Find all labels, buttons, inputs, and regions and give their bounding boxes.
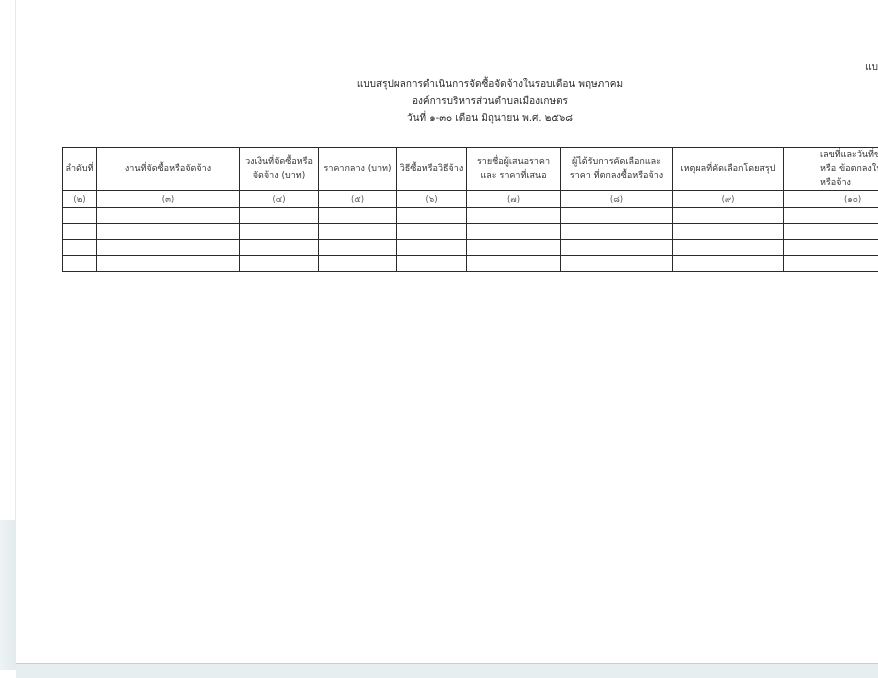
table-cell <box>240 224 319 240</box>
col-number: (๙) <box>673 191 784 208</box>
table-cell <box>561 224 673 240</box>
table-cell <box>63 256 97 272</box>
table-cell <box>63 224 97 240</box>
table-cell <box>673 256 784 272</box>
table-cell <box>240 240 319 256</box>
table-cell <box>397 224 467 240</box>
table-row <box>63 208 878 224</box>
col-number: (๖) <box>397 191 467 208</box>
table-cell <box>467 224 561 240</box>
col-number: (๕) <box>319 191 397 208</box>
document-title: แบบสรุปผลการดำเนินการจัดซื้อจัดจ้างในรอบ… <box>300 76 680 93</box>
table-cell <box>397 256 467 272</box>
col-header-budget: วงเงินที่จัดซื้อหรือ จัดจ้าง (บาท) <box>240 148 319 191</box>
col-number: (๔) <box>240 191 319 208</box>
table-cell <box>97 240 240 256</box>
table-row <box>63 224 878 240</box>
table-cell <box>561 240 673 256</box>
col-number: (๑๐) <box>784 191 878 208</box>
table-cell <box>673 240 784 256</box>
col-header-work-item: งานที่จัดซื้อหรือจัดจ้าง <box>97 148 240 191</box>
table-cell <box>561 208 673 224</box>
table-cell <box>467 208 561 224</box>
table-cell <box>397 240 467 256</box>
table-cell <box>240 256 319 272</box>
table-cell <box>467 256 561 272</box>
table-cell <box>784 256 878 272</box>
col-header-selected-vendor: ผู้ได้รับการคัดเลือกและราคา ที่ตกลงซื้อห… <box>561 148 673 191</box>
col-number: (๓) <box>97 191 240 208</box>
document-title-block: แบบสรุปผลการดำเนินการจัดซื้อจัดจ้างในรอบ… <box>300 76 680 127</box>
table-cell <box>63 208 97 224</box>
column-number-row: (๒) (๓) (๔) (๕) (๖) (๗) (๘) (๙) (๑๐) <box>63 191 878 208</box>
col-header-contract-ref: เลขที่และวันที่ของสัญญาหรือ ข้อตกลงในการ… <box>784 148 878 191</box>
col-header-median-price: ราคากลาง (บาท) <box>319 148 397 191</box>
organization-name: องค์การบริหารส่วนตำบลเมืองเกษตร <box>300 93 680 110</box>
procurement-summary-table: ลำดับที่ งานที่จัดซื้อหรือจัดจ้าง วงเงิน… <box>62 147 878 272</box>
table-row <box>63 256 878 272</box>
col-header-sequence: ลำดับที่ <box>63 148 97 191</box>
table-cell <box>784 240 878 256</box>
table-cell <box>319 224 397 240</box>
col-header-bidders: รายชื่อผู้เสนอราคาและ ราคาที่เสนอ <box>467 148 561 191</box>
table-cell <box>63 240 97 256</box>
table-cell <box>97 224 240 240</box>
form-code-label: แบ <box>865 60 878 75</box>
document-date-range: วันที่ ๑-๓๐ เดือน มิถุนายน พ.ศ. ๒๕๖๘ <box>300 110 680 127</box>
header-row: ลำดับที่ งานที่จัดซื้อหรือจัดจ้าง วงเงิน… <box>63 148 878 191</box>
table-cell <box>97 256 240 272</box>
table-cell <box>319 208 397 224</box>
table-cell <box>240 208 319 224</box>
table-cell <box>97 208 240 224</box>
table-cell <box>673 208 784 224</box>
col-number: (๘) <box>561 191 673 208</box>
col-number: (๒) <box>63 191 97 208</box>
table-row <box>63 240 878 256</box>
col-header-selection-reason: เหตุผลที่คัดเลือกโดยสรุป <box>673 148 784 191</box>
table-cell <box>319 240 397 256</box>
table-cell <box>319 256 397 272</box>
table-cell <box>561 256 673 272</box>
scan-edge-bottom <box>16 663 878 678</box>
col-header-method: วิธีซื้อหรือวิธีจ้าง <box>397 148 467 191</box>
table-cell <box>397 208 467 224</box>
table-cell <box>467 240 561 256</box>
table-cell <box>784 208 878 224</box>
table-cell <box>673 224 784 240</box>
scan-shadow-left <box>0 520 16 670</box>
col-number: (๗) <box>467 191 561 208</box>
table-cell <box>784 224 878 240</box>
